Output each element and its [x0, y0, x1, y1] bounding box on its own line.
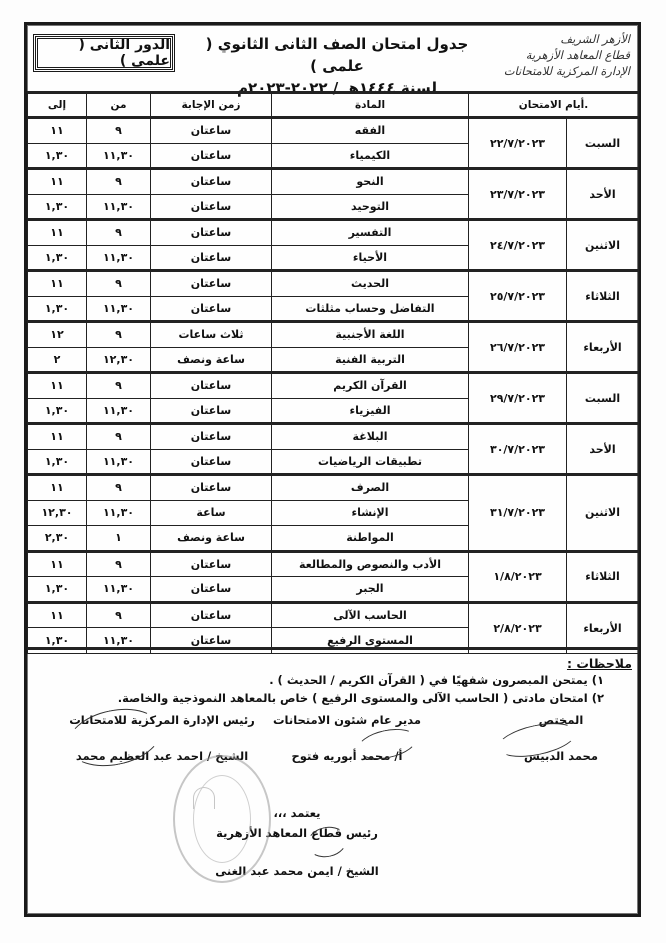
subject-cell: الفيزياء [272, 398, 469, 424]
table-row: الثلاثاء١/٨/٢٠٢٣الأدب والنصوص والمطالعةس… [28, 551, 639, 577]
to-time-cell: ١,٣٠ [28, 194, 87, 220]
subject-cell: الصرف [272, 475, 469, 501]
subject-cell: القرآن الكريم [272, 373, 469, 399]
table-row: الاثنين٢٤/٧/٢٠٢٣التفسيرساعتان٩١١ [28, 220, 639, 246]
table-row: الأربعاء٢/٨/٢٠٢٣الحاسب الآلىساعتان٩١١ [28, 602, 639, 628]
subject-cell: الجبر [272, 577, 469, 603]
document-header: الأزهر الشريف قطاع المعاهد الأزهرية الإد… [27, 25, 638, 91]
from-time-cell: ٩ [87, 220, 151, 246]
institution-line-1: الأزهر الشريف [480, 31, 630, 47]
from-time-cell: ١١,٣٠ [87, 398, 151, 424]
from-time-cell: ٩ [87, 551, 151, 577]
subject-cell: التوحيد [272, 194, 469, 220]
notes-section: ملاحظات : ١) يمتحن المبصرون شفهيًا في ( … [27, 647, 638, 707]
subject-cell: المواطنة [272, 526, 469, 552]
duration-cell: ساعة [151, 500, 272, 526]
duration-cell: ساعة ونصف [151, 526, 272, 552]
to-time-cell: ١,٣٠ [28, 449, 87, 475]
table-row: الأحد٣٠/٧/٢٠٢٣البلاغةساعتان٩١١ [28, 424, 639, 450]
to-time-cell: ١١ [28, 602, 87, 628]
duration-cell: ساعتان [151, 143, 272, 169]
exam-date: ٢٥/٧/٢٠٢٣ [469, 271, 567, 322]
from-time-cell: ١١,٣٠ [87, 296, 151, 322]
from-time-cell: ١١,٣٠ [87, 143, 151, 169]
duration-cell: ساعتان [151, 245, 272, 271]
subject-cell: التفسير [272, 220, 469, 246]
to-time-cell: ١٢ [28, 322, 87, 348]
exam-day: الأربعاء [567, 602, 639, 653]
note-item-2: ٢) امتحان مادتى ( الحاسب الآلى والمستوى … [27, 689, 604, 707]
table-body: السبت٢٢/٧/٢٠٢٣الفقهساعتان٩١١الكيمياءساعت… [28, 118, 639, 654]
to-time-cell: ١٢,٣٠ [28, 500, 87, 526]
exam-day: السبت [567, 373, 639, 424]
subject-cell: اللغة الأجنبية [272, 322, 469, 348]
from-time-cell: ٩ [87, 424, 151, 450]
from-time-cell: ٩ [87, 475, 151, 501]
duration-cell: ساعتان [151, 475, 272, 501]
exam-schedule-table: .أيام الامتحان المادة زمن الإجابة من إلى… [27, 91, 639, 654]
col-header-subject: المادة [272, 93, 469, 118]
exam-date: ٣٠/٧/٢٠٢٣ [469, 424, 567, 475]
title-line-1: جدول امتحان الصف الثانى الثانوي ( علمى ) [187, 33, 487, 77]
to-time-cell: ١,٣٠ [28, 245, 87, 271]
to-time-cell: ١,٣٠ [28, 143, 87, 169]
from-time-cell: ١١,٣٠ [87, 500, 151, 526]
signature-role: مدير عام شئون الامتحانات [267, 713, 427, 727]
exam-date: ٢/٨/٢٠٢٣ [469, 602, 567, 653]
from-time-cell: ١ [87, 526, 151, 552]
exam-day: الثلاثاء [567, 551, 639, 602]
duration-cell: ساعتان [151, 449, 272, 475]
col-header-to: إلى [28, 93, 87, 118]
table-row: الأربعاء٢٦/٧/٢٠٢٣اللغة الأجنبيةثلاث ساعا… [28, 322, 639, 348]
exam-day: الثلاثاء [567, 271, 639, 322]
col-header-days: .أيام الامتحان [469, 93, 639, 118]
from-time-cell: ٩ [87, 373, 151, 399]
subject-cell: النحو [272, 169, 469, 195]
to-time-cell: ١١ [28, 424, 87, 450]
institution-logo-text: الأزهر الشريف قطاع المعاهد الأزهرية الإد… [480, 31, 630, 79]
subject-cell: تطبيقات الرياضيات [272, 449, 469, 475]
from-time-cell: ٩ [87, 322, 151, 348]
table-row: الأحد٢٣/٧/٢٠٢٣النحوساعتان٩١١ [28, 169, 639, 195]
exam-date: ٢٦/٧/٢٠٢٣ [469, 322, 567, 373]
to-time-cell: ١١ [28, 475, 87, 501]
to-time-cell: ١١ [28, 373, 87, 399]
handwritten-signature-mark [62, 701, 166, 775]
duration-cell: ساعتان [151, 118, 272, 144]
round-label: الدور الثانى ( علمى ) [38, 37, 170, 69]
duration-cell: ساعتان [151, 220, 272, 246]
duration-cell: ساعتان [151, 373, 272, 399]
subject-cell: الكيمياء [272, 143, 469, 169]
table-row: السبت٢٢/٧/٢٠٢٣الفقهساعتان٩١١ [28, 118, 639, 144]
exam-day: الأحد [567, 424, 639, 475]
notes-title: ملاحظات : [27, 656, 632, 671]
duration-cell: ساعتان [151, 424, 272, 450]
table-row: السبت٢٩/٧/٢٠٢٣القرآن الكريمساعتان٩١١ [28, 373, 639, 399]
note-item-1: ١) يمتحن المبصرون شفهيًا في ( القرآن الك… [27, 671, 604, 689]
subject-cell: التربية الفنية [272, 347, 469, 373]
to-time-cell: ١١ [28, 551, 87, 577]
subject-cell: الأدب والنصوص والمطالعة [272, 551, 469, 577]
from-time-cell: ٩ [87, 602, 151, 628]
document-frame: الأزهر الشريف قطاع المعاهد الأزهرية الإد… [24, 22, 641, 917]
subject-cell: الفقه [272, 118, 469, 144]
duration-cell: ساعتان [151, 271, 272, 297]
duration-cell: ساعتان [151, 398, 272, 424]
from-time-cell: ١٢,٣٠ [87, 347, 151, 373]
to-time-cell: ١,٣٠ [28, 577, 87, 603]
table-row: الثلاثاء٢٥/٧/٢٠٢٣الحديثساعتان٩١١ [28, 271, 639, 297]
official-stamp [173, 755, 271, 883]
from-time-cell: ٩ [87, 169, 151, 195]
subject-cell: الحاسب الآلى [272, 602, 469, 628]
duration-cell: ثلاث ساعات [151, 322, 272, 348]
from-time-cell: ١١,٣٠ [87, 194, 151, 220]
mosque-dome-icon [193, 787, 215, 809]
exam-date: ٢٢/٧/٢٠٢٣ [469, 118, 567, 169]
exam-date: ٢٩/٧/٢٠٢٣ [469, 373, 567, 424]
col-header-duration: زمن الإجابة [151, 93, 272, 118]
to-time-cell: ٢ [28, 347, 87, 373]
to-time-cell: ١١ [28, 271, 87, 297]
from-time-cell: ١١,٣٠ [87, 577, 151, 603]
institution-line-2: قطاع المعاهد الأزهرية [480, 47, 630, 63]
exam-day: الأربعاء [567, 322, 639, 373]
institution-line-3: الإدارة المركزية للامتحانات [480, 63, 630, 79]
exam-date: ٢٤/٧/٢٠٢٣ [469, 220, 567, 271]
from-time-cell: ٩ [87, 118, 151, 144]
subject-cell: البلاغة [272, 424, 469, 450]
to-time-cell: ١,٣٠ [28, 398, 87, 424]
duration-cell: ساعتان [151, 577, 272, 603]
page-title: جدول امتحان الصف الثانى الثانوي ( علمى )… [187, 33, 487, 99]
duration-cell: ساعتان [151, 551, 272, 577]
exam-day: الاثنين [567, 475, 639, 552]
duration-cell: ساعتان [151, 296, 272, 322]
subject-cell: الإنشاء [272, 500, 469, 526]
exam-day: الأحد [567, 169, 639, 220]
subject-cell: الحديث [272, 271, 469, 297]
duration-cell: ساعتان [151, 169, 272, 195]
subject-cell: التفاضل وحساب مثلثات [272, 296, 469, 322]
from-time-cell: ٩ [87, 271, 151, 297]
to-time-cell: ١,٣٠ [28, 296, 87, 322]
to-time-cell: ١١ [28, 118, 87, 144]
exam-day: الاثنين [567, 220, 639, 271]
subject-cell: الأحياء [272, 245, 469, 271]
to-time-cell: ١١ [28, 169, 87, 195]
exam-date: ١/٨/٢٠٢٣ [469, 551, 567, 602]
duration-cell: ساعتان [151, 194, 272, 220]
to-time-cell: ٢,٣٠ [28, 526, 87, 552]
exam-day: السبت [567, 118, 639, 169]
duration-cell: ساعة ونصف [151, 347, 272, 373]
from-time-cell: ١١,٣٠ [87, 245, 151, 271]
round-badge: الدور الثانى ( علمى ) [35, 36, 173, 70]
exam-date: ٢٣/٧/٢٠٢٣ [469, 169, 567, 220]
to-time-cell: ١١ [28, 220, 87, 246]
exam-date: ٣١/٧/٢٠٢٣ [469, 475, 567, 552]
col-header-from: من [87, 93, 151, 118]
from-time-cell: ١١,٣٠ [87, 449, 151, 475]
duration-cell: ساعتان [151, 602, 272, 628]
table-row: الاثنين٣١/٧/٢٠٢٣الصرفساعتان٩١١ [28, 475, 639, 501]
table-header-row: .أيام الامتحان المادة زمن الإجابة من إلى [28, 93, 639, 118]
